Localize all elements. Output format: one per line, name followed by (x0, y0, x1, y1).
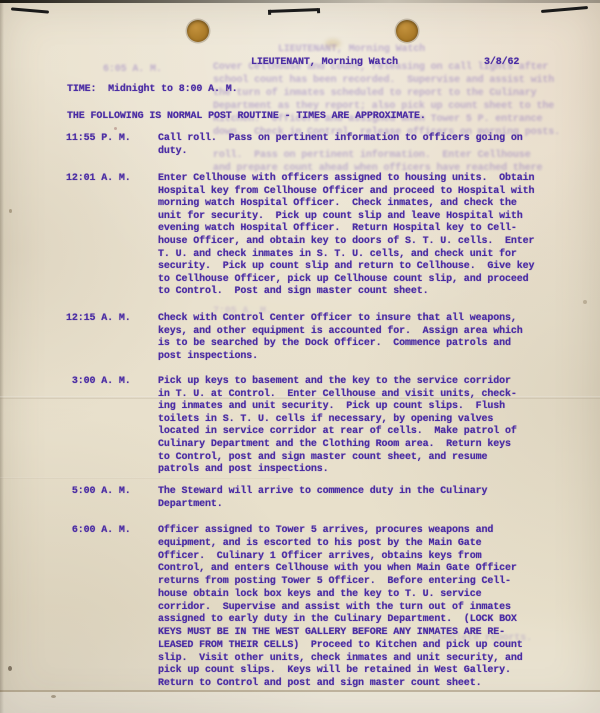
ghost-text-time: 6:05 A. M. (103, 64, 162, 77)
paper-speck (8, 666, 12, 671)
ghost-text-block: Cover Cellhouse and count, releasing on … (213, 62, 560, 139)
staple-mark-left (11, 7, 49, 13)
entry-text: Call roll. Pass on pertinent information… (158, 133, 523, 158)
document-date: 3/8/62 (484, 57, 519, 70)
entry-text: Officer assigned to Tower 5 arrives, pro… (158, 525, 523, 691)
fold-crease-lower-left (0, 477, 290, 479)
time-range-line: TIME: Midnight to 8:00 A. M. (67, 84, 238, 97)
paper-left-edge-shadow (0, 0, 4, 713)
entry-time: 3:00 A. M. (66, 376, 131, 389)
paper-speck (114, 127, 117, 130)
entry-time: 11:55 P. M. (66, 133, 131, 146)
entry-text: The Steward will arrive to commence duty… (158, 486, 487, 511)
punch-hole-left (187, 20, 209, 42)
page-title: LIEUTENANT, Morning Watch (251, 57, 398, 70)
paper-speck (51, 695, 56, 698)
staple-mark-center (269, 8, 319, 13)
entry-text: Enter Cellhouse with officers assigned t… (158, 173, 534, 299)
paper-speck (9, 209, 12, 213)
entry-text: Check with Control Center Officer to ins… (158, 313, 523, 363)
entry-time: 12:15 A. M. (66, 313, 131, 326)
ghost-text-header: LIEUTENANT, Morning Watch (278, 44, 425, 57)
entry-time: 12:01 A. M. (66, 173, 131, 186)
entry-time: 6:00 A. M. (66, 525, 131, 538)
paper-speck (583, 300, 587, 304)
routine-note-line: THE FOLLOWING IS NORMAL POST ROUTINE - T… (67, 111, 426, 124)
entry-text: Pick up keys to basement and the key to … (158, 376, 517, 477)
fold-crease-bottom-band (0, 692, 600, 713)
scanned-document-page: LIEUTENANT, Morning Watch 6:05 A. M. Cov… (0, 0, 600, 713)
staple-mark-right (541, 6, 588, 13)
paper-top-edge-shadow (0, 0, 600, 3)
punch-hole-right (396, 20, 418, 42)
entry-time: 5:00 A. M. (66, 486, 131, 499)
